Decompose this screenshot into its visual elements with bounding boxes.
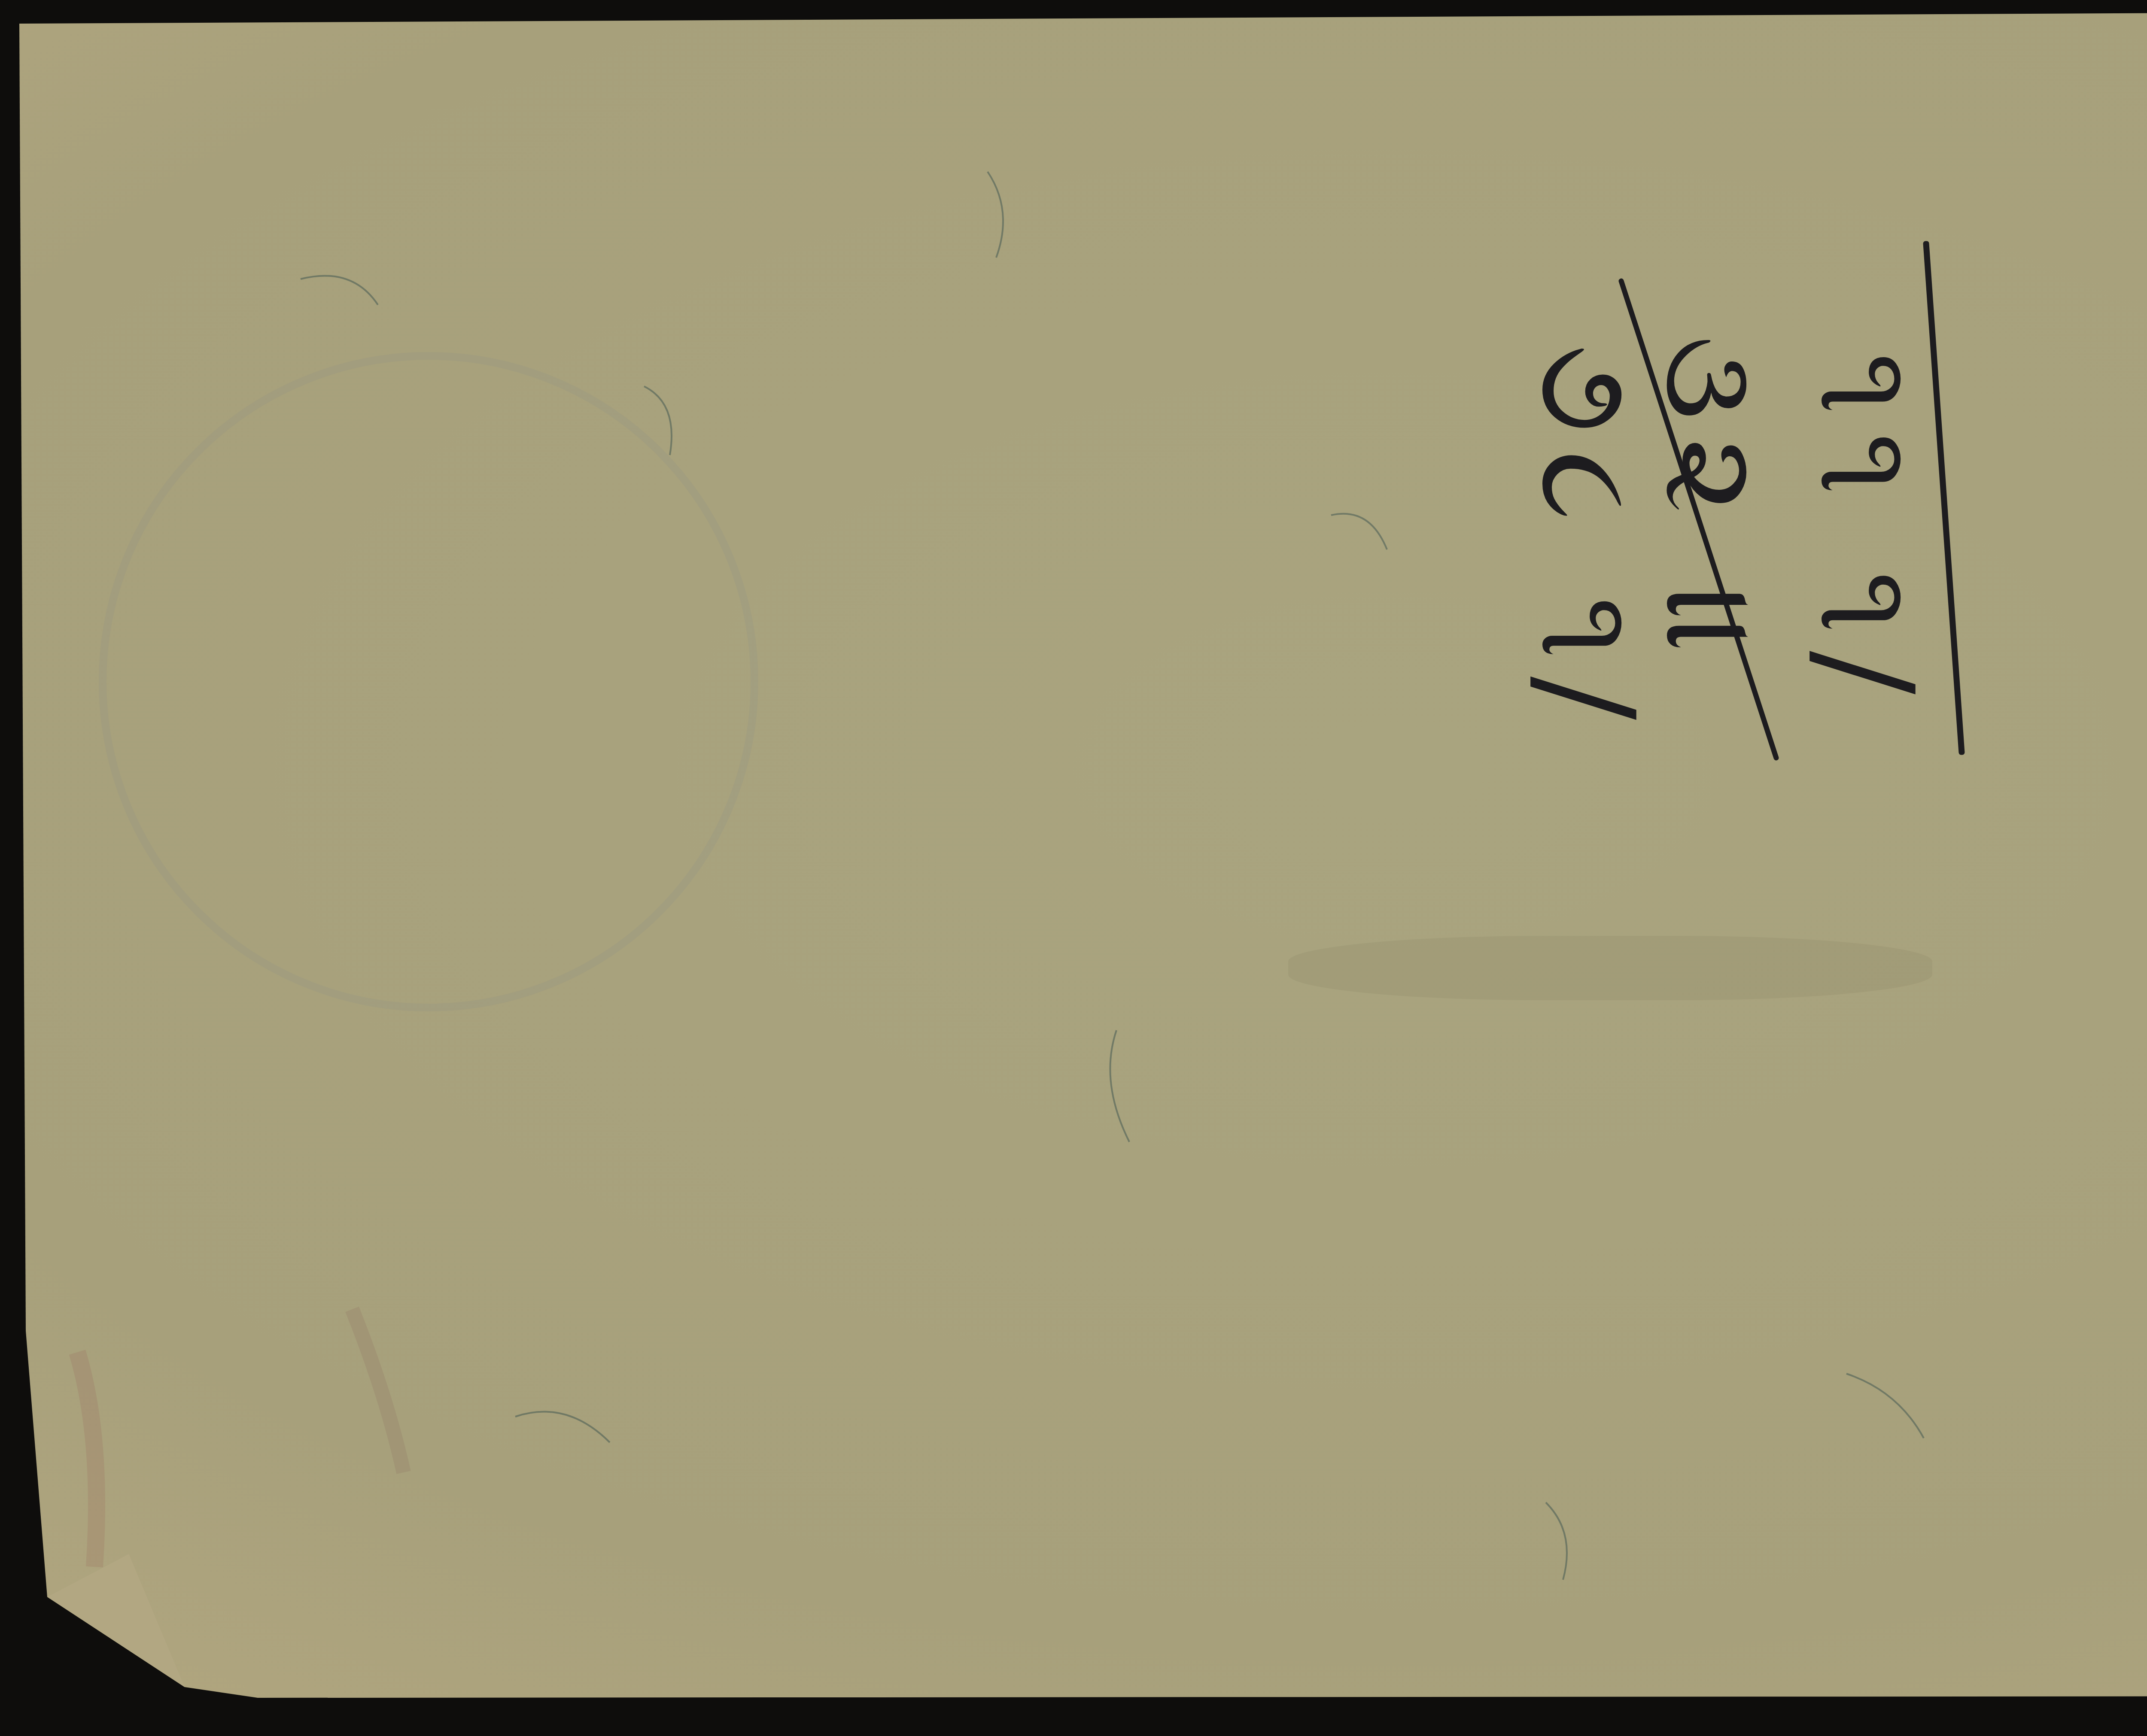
calc-row-1: ૧૧ ૧/: [1789, 352, 1941, 711]
bleed-through-mark: [1288, 936, 1932, 1000]
calc-total: ૭૮ ૧/: [1510, 343, 1662, 737]
document-sheet: ૮-૩ + ૬-૦ાા + ૪૨-૨૨ + ૧૧ ૧/ ૩૨ ॥ ૭૮ ૧/: [0, 0, 2147, 1736]
faded-stamp: [99, 352, 758, 1011]
